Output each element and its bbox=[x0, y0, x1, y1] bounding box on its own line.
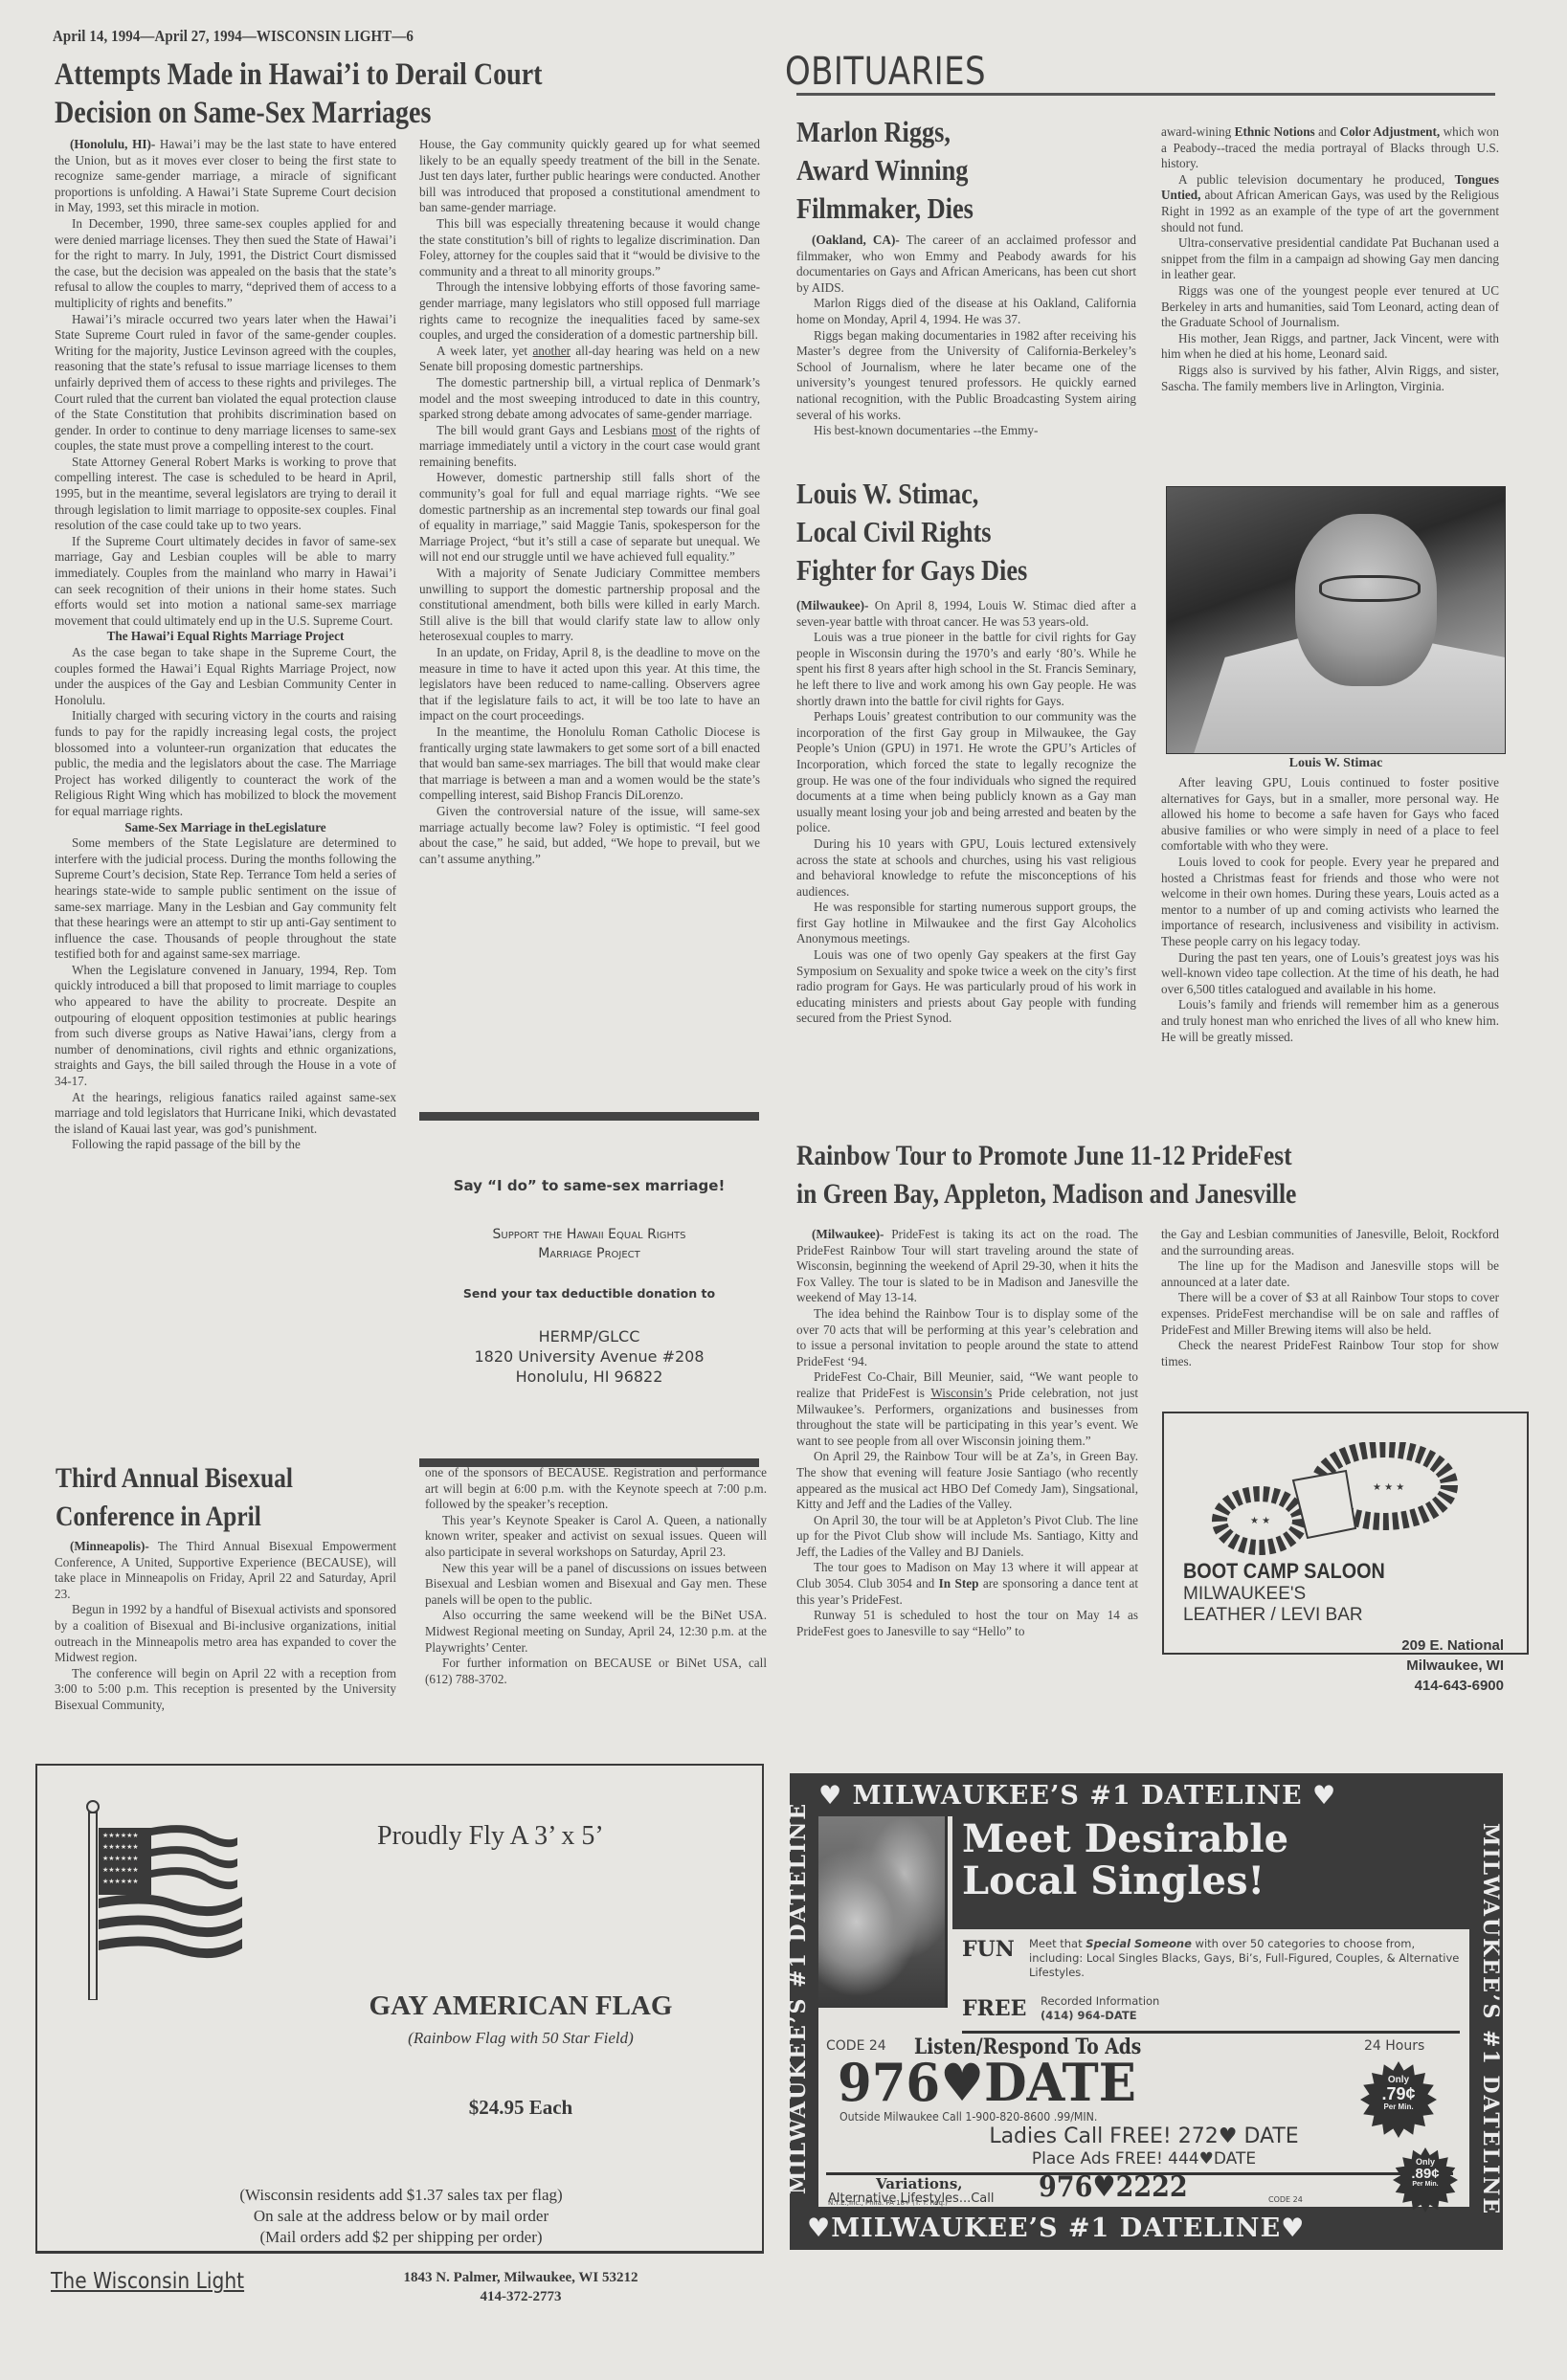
couple-photo bbox=[818, 1816, 948, 2008]
obituaries-section-title: OBITUARIES bbox=[785, 50, 986, 94]
bar-address: 209 E. National Milwaukee, WI 414-643-69… bbox=[1401, 1635, 1504, 1696]
dateline-side-left: MILWAUKEE’S #1 DATELINE bbox=[786, 1802, 811, 2194]
heart-icon: ♥ bbox=[807, 2213, 831, 2243]
svg-text:★★★★★★: ★★★★★★ bbox=[102, 1855, 139, 1862]
photo-caption: Louis W. Stimac bbox=[1166, 756, 1506, 771]
hawaii-headline-line1: Attempts Made in Hawai’i to Derail Court bbox=[55, 56, 542, 94]
gay-american-flag-ad: ★★★★★★★★★★★★★★★★★★★★★★★★★★★★★★ Proudly F… bbox=[35, 1764, 764, 2254]
pridefest-dateline: (Milwaukee)- bbox=[812, 1227, 884, 1241]
heart-icon: ♥ bbox=[1312, 1781, 1336, 1811]
stimac-column-1: (Milwaukee)- On April 8, 1994, Louis W. … bbox=[796, 598, 1136, 1027]
pridefest-headline-line1: Rainbow Tour to Promote June 11-12 Pride… bbox=[796, 1137, 1292, 1175]
milwaukee-dateline-ad: ♥ MILWAUKEE’S #1 DATELINE ♥ MILWAUKEE’S … bbox=[790, 1773, 1503, 2250]
flag-ad-notes: (Wisconsin residents add $1.37 sales tax… bbox=[133, 2185, 669, 2248]
boot-print-icon: ★ ★ ★ ★ ★ bbox=[1202, 1442, 1461, 1557]
subhead-legislature: Same-Sex Marriage in theLegislature bbox=[55, 820, 396, 836]
stimac-column-2: After leaving GPU, Louis continued to fo… bbox=[1161, 775, 1499, 1045]
dateline-bottom-banner: ♥MILWAUKEE’S #1 DATELINE♥ bbox=[807, 2213, 1305, 2243]
pridefest-column-1: (Milwaukee)- PrideFest is taking its act… bbox=[796, 1227, 1138, 1639]
subhead-marriage-project: The Hawai’i Equal Rights Marriage Projec… bbox=[55, 629, 396, 645]
dateline-headline: Meet Desirable Local Singles! bbox=[962, 1818, 1288, 1902]
bisexual-dateline: (Minneapolis)- bbox=[70, 1539, 149, 1553]
fine-print: N.T.E.,Inc., Phila. PA 18+ (T. T. Req.) bbox=[828, 2199, 948, 2207]
bisexual-column-2: one of the sponsors of BECAUSE. Registra… bbox=[425, 1465, 767, 1687]
riggs-headline: Marlon Riggs, Award Winning Filmmaker, D… bbox=[796, 113, 974, 228]
stimac-headline: Louis W. Stimac, Local Civil Rights Figh… bbox=[796, 475, 1027, 589]
ladies-call-free: Ladies Call FREE! 272♥ DATE bbox=[818, 2124, 1469, 2148]
bar-name: BOOT CAMP SALOON bbox=[1183, 1559, 1385, 1584]
boot-camp-saloon-ad: ★ ★ ★ ★ ★ BOOT CAMP SALOON MILWAUKEE'S L… bbox=[1162, 1412, 1529, 1655]
hawaii-headline-line2: Decision on Same-Sex Marriages bbox=[55, 94, 431, 132]
fun-description: Meet that Special Someone with over 50 c… bbox=[1029, 1937, 1460, 1980]
svg-text:★★★★★★: ★★★★★★ bbox=[102, 1843, 139, 1851]
dateline-side-right: MILWAUKEE’S #1 DATELINE bbox=[1478, 1823, 1503, 2215]
american-flag-icon: ★★★★★★★★★★★★★★★★★★★★★★★★★★★★★★ bbox=[83, 1799, 256, 2000]
riggs-dateline: (Oakland, CA)- bbox=[812, 233, 900, 247]
flag-ad-headline: Proudly Fly A 3’ x 5’ bbox=[377, 1821, 604, 1852]
free-info: Recorded Information (414) 964-DATE bbox=[1041, 1994, 1159, 2023]
pridefest-column-2: the Gay and Lesbian communities of Janes… bbox=[1161, 1227, 1499, 1369]
dateline-phone-number: 976♥DATE bbox=[838, 2054, 1136, 2111]
riggs-column-1: (Oakland, CA)- The career of an acclaime… bbox=[796, 233, 1136, 439]
pridefest-headline-line2: in Green Bay, Appleton, Madison and Jane… bbox=[796, 1175, 1296, 1213]
hawaii-marriage-project-ad: Say “I do” to same-sex marriage! Support… bbox=[419, 1112, 759, 1383]
stimac-photo bbox=[1166, 486, 1506, 754]
hawaii-dateline: (Honolulu, HI)- bbox=[70, 137, 155, 151]
svg-text:★★★★★★: ★★★★★★ bbox=[102, 1832, 139, 1839]
svg-text:★★★★★★: ★★★★★★ bbox=[102, 1878, 139, 1885]
bisexual-headline-line2: Conference in April bbox=[56, 1498, 261, 1536]
flag-product-name: GAY AMERICAN FLAG bbox=[310, 1991, 731, 2022]
bisexual-column-1: (Minneapolis)- The Third Annual Bisexual… bbox=[55, 1539, 396, 1714]
svg-text:★ ★ ★: ★ ★ ★ bbox=[1373, 1482, 1404, 1493]
page-folio: April 14, 1994—April 27, 1994—WISCONSIN … bbox=[53, 27, 414, 46]
heart-icon: ♥ bbox=[818, 1781, 842, 1811]
dateline-top-banner: ♥ MILWAUKEE’S #1 DATELINE ♥ bbox=[818, 1781, 1336, 1811]
wisconsin-light-logo: The Wisconsin Light bbox=[51, 2269, 244, 2294]
svg-text:★★★★★★: ★★★★★★ bbox=[102, 1866, 139, 1874]
riggs-column-2: award-wining Ethnic Notions and Color Ad… bbox=[1161, 124, 1499, 394]
hawaii-column-2: House, the Gay community quickly geared … bbox=[419, 137, 760, 867]
place-ads-free: Place Ads FREE! 444♥DATE bbox=[818, 2149, 1469, 2169]
flag-product-subtitle: (Rainbow Flag with 50 Star Field) bbox=[310, 2029, 731, 2048]
bisexual-headline-line1: Third Annual Bisexual bbox=[56, 1459, 293, 1498]
hawaii-column-1: (Honolulu, HI)- Hawai’i may be the last … bbox=[55, 137, 396, 1153]
stimac-dateline: (Milwaukee)- bbox=[796, 598, 868, 612]
variations-phone-number: 976♥2222 bbox=[1039, 2170, 1188, 2204]
wisconsin-light-address: 1843 N. Palmer, Milwaukee, WI 53212 414-… bbox=[281, 2268, 760, 2306]
section-rule bbox=[796, 93, 1495, 96]
flag-price: $24.95 Each bbox=[310, 2096, 731, 2120]
svg-text:★ ★: ★ ★ bbox=[1250, 1516, 1270, 1526]
ad-top-rule bbox=[419, 1112, 759, 1121]
heart-icon: ♥ bbox=[1281, 2213, 1305, 2243]
